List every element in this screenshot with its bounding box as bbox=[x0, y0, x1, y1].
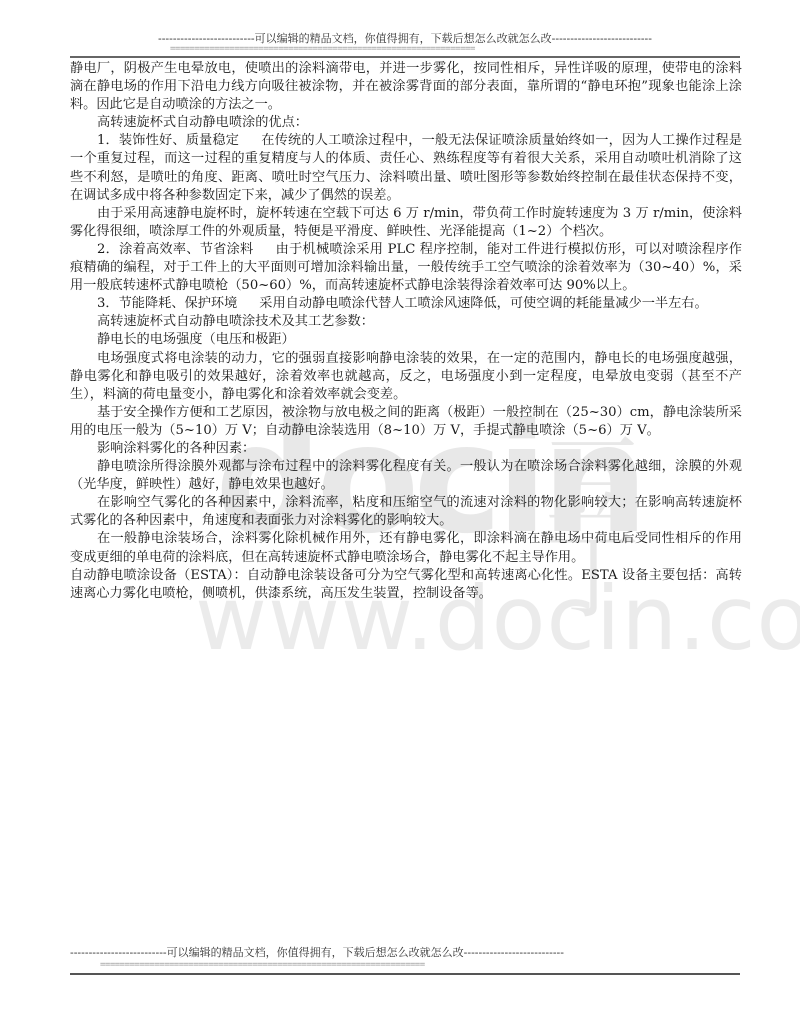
paragraph: 1．装饰性好、质量稳定在传统的人工喷涂过程中，一般无法保证喷涂质量始终如一，因为… bbox=[70, 132, 742, 204]
section-heading: 影响涂料雾化的各种因素： bbox=[70, 440, 742, 458]
paragraph: 在影响空气雾化的各种因素中，涂料流率，粘度和压缩空气的流速对涂料的物化影响较大；… bbox=[70, 494, 742, 530]
item-title: 1．装饰性好、质量稳定 bbox=[97, 133, 239, 148]
paragraph: 基于安全操作方便和工艺原因，被涂物与放电极之间的距离（极距）一般控制在（25~3… bbox=[70, 404, 742, 440]
footer-rule bbox=[70, 973, 740, 975]
section-heading: 高转速旋杯式自动静电喷涂的优点： bbox=[70, 114, 742, 132]
item-title: 3．节能降耗、保护环境 bbox=[97, 296, 237, 311]
footer-equals-line: ========================================… bbox=[100, 960, 490, 970]
paragraph: 静电喷涂所得涂膜外观都与涂布过程中的涂料雾化程度有关。一般认为在喷涂场合涂料雾化… bbox=[70, 458, 742, 494]
footer-banner: --------------------------可以编辑的精品文档，你值得拥… bbox=[70, 944, 490, 960]
section-heading: 静电长的电场强度（电压和极距） bbox=[70, 331, 742, 349]
section-heading: 高转速旋杯式自动静电喷涂技术及其工艺参数： bbox=[70, 313, 742, 331]
header-rule bbox=[70, 56, 740, 58]
item-title: 2．涂着高效率、节省涂料 bbox=[97, 242, 253, 257]
paragraph: 3．节能降耗、保护环境采用自动静电喷涂代替人工喷涂风速降低，可使空调的耗能量减少… bbox=[70, 295, 742, 313]
document-body: 静电厂，阴极产生电晕放电，使喷出的涂料滴带电，并进一步雾化，按同性相斥，异性详吸… bbox=[70, 60, 742, 603]
paragraph: 在一般静电涂装场合，涂料雾化除机械作用外，还有静电雾化，即涂料滴在静电场中荷电后… bbox=[70, 530, 742, 566]
paragraph: 电场强度式将电涂装的动力，它的强弱直接影响静电涂装的效果，在一定的范围内，静电长… bbox=[70, 350, 742, 404]
paragraph: 静电厂，阴极产生电晕放电，使喷出的涂料滴带电，并进一步雾化，按同性相斥，异性详吸… bbox=[70, 60, 742, 114]
paragraph: 2．涂着高效率、节省涂料由于机械喷涂采用 PLC 程序控制，能对工件进行模拟仿形… bbox=[70, 241, 742, 295]
item-text: 采用自动静电喷涂代替人工喷涂风速降低，可使空调的耗能量减少一半左右。 bbox=[259, 296, 707, 311]
header-equals-line: ========================================… bbox=[170, 44, 650, 54]
paragraph: 自动静电喷涂设备（ESTA）：自动静电涂装设备可分为空气雾化型和高转速离心化性。… bbox=[70, 567, 742, 603]
paragraph: 由于采用高速静电旋杯时，旋杯转速在空载下可达 6 万 r/min，带负荷工作时旋… bbox=[70, 205, 742, 241]
